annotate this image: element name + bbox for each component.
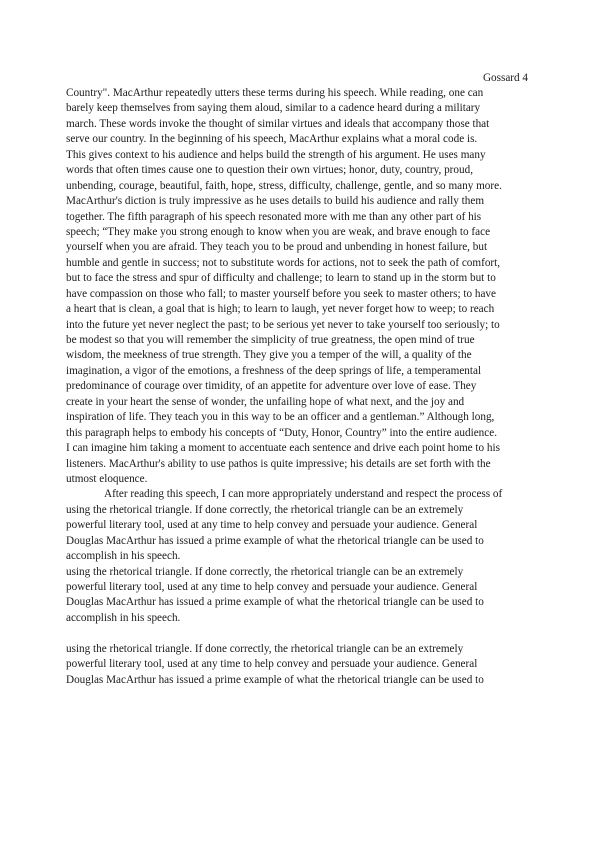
text-line: powerful literary tool, used at any time… [66, 518, 536, 533]
document-page: Gossard 4 Country". MacArthur repeatedly… [0, 0, 595, 842]
text-line: inspiration of life. They teach you in t… [66, 410, 536, 425]
text-line: words that often times cause one to ques… [66, 163, 536, 178]
text-line: Douglas MacArthur has issued a prime exa… [66, 534, 536, 549]
text-line: powerful literary tool, used at any time… [66, 657, 536, 672]
text-line: create in your heart the sense of wonder… [66, 395, 536, 410]
text-line: Douglas MacArthur has issued a prime exa… [66, 673, 536, 688]
running-head: Gossard 4 [483, 71, 528, 85]
text-line: using the rhetorical triangle. If done c… [66, 642, 536, 657]
text-line: using the rhetorical triangle. If done c… [66, 565, 536, 580]
text-line: into the future yet never neglect the pa… [66, 318, 536, 333]
text-line: humble and gentle in success; not to sub… [66, 256, 536, 271]
text-line: Douglas MacArthur has issued a prime exa… [66, 595, 536, 610]
body-text: Country". MacArthur repeatedly utters th… [66, 86, 536, 688]
text-line: be modest so that you will remember the … [66, 333, 536, 348]
blank-line [66, 626, 536, 641]
text-line: speech; “They make you strong enough to … [66, 225, 536, 240]
text-line: using the rhetorical triangle. If done c… [66, 503, 536, 518]
text-line: a heart that is clean, a goal that is hi… [66, 302, 536, 317]
text-line: imagination, a vigor of the emotions, a … [66, 364, 536, 379]
text-line: accomplish in his speech. [66, 549, 536, 564]
text-line: have compassion on those who fall; to ma… [66, 287, 536, 302]
text-line: unbending, courage, beautiful, faith, ho… [66, 179, 536, 194]
text-line: yourself when you are afraid. They teach… [66, 240, 536, 255]
text-line: together. The fifth paragraph of his spe… [66, 210, 536, 225]
text-line: After reading this speech, I can more ap… [66, 487, 536, 502]
text-line: this paragraph helps to embody his conce… [66, 426, 536, 441]
text-line: listeners. MacArthur's ability to use pa… [66, 457, 536, 472]
text-line: march. These words invoke the thought of… [66, 117, 536, 132]
text-line: I can imagine him taking a moment to acc… [66, 441, 536, 456]
text-line: utmost eloquence. [66, 472, 536, 487]
text-line: powerful literary tool, used at any time… [66, 580, 536, 595]
text-line: but to face the stress and spur of diffi… [66, 271, 536, 286]
text-line: Country". MacArthur repeatedly utters th… [66, 86, 536, 101]
text-line: This gives context to his audience and h… [66, 148, 536, 163]
text-line: barely keep themselves from saying them … [66, 101, 536, 116]
text-line: MacArthur's diction is truly impressive … [66, 194, 536, 209]
text-line: predominance of courage over timidity, o… [66, 379, 536, 394]
text-line: accomplish in his speech. [66, 611, 536, 626]
text-line: serve our country. In the beginning of h… [66, 132, 536, 147]
text-line: wisdom, the meekness of true strength. T… [66, 348, 536, 363]
